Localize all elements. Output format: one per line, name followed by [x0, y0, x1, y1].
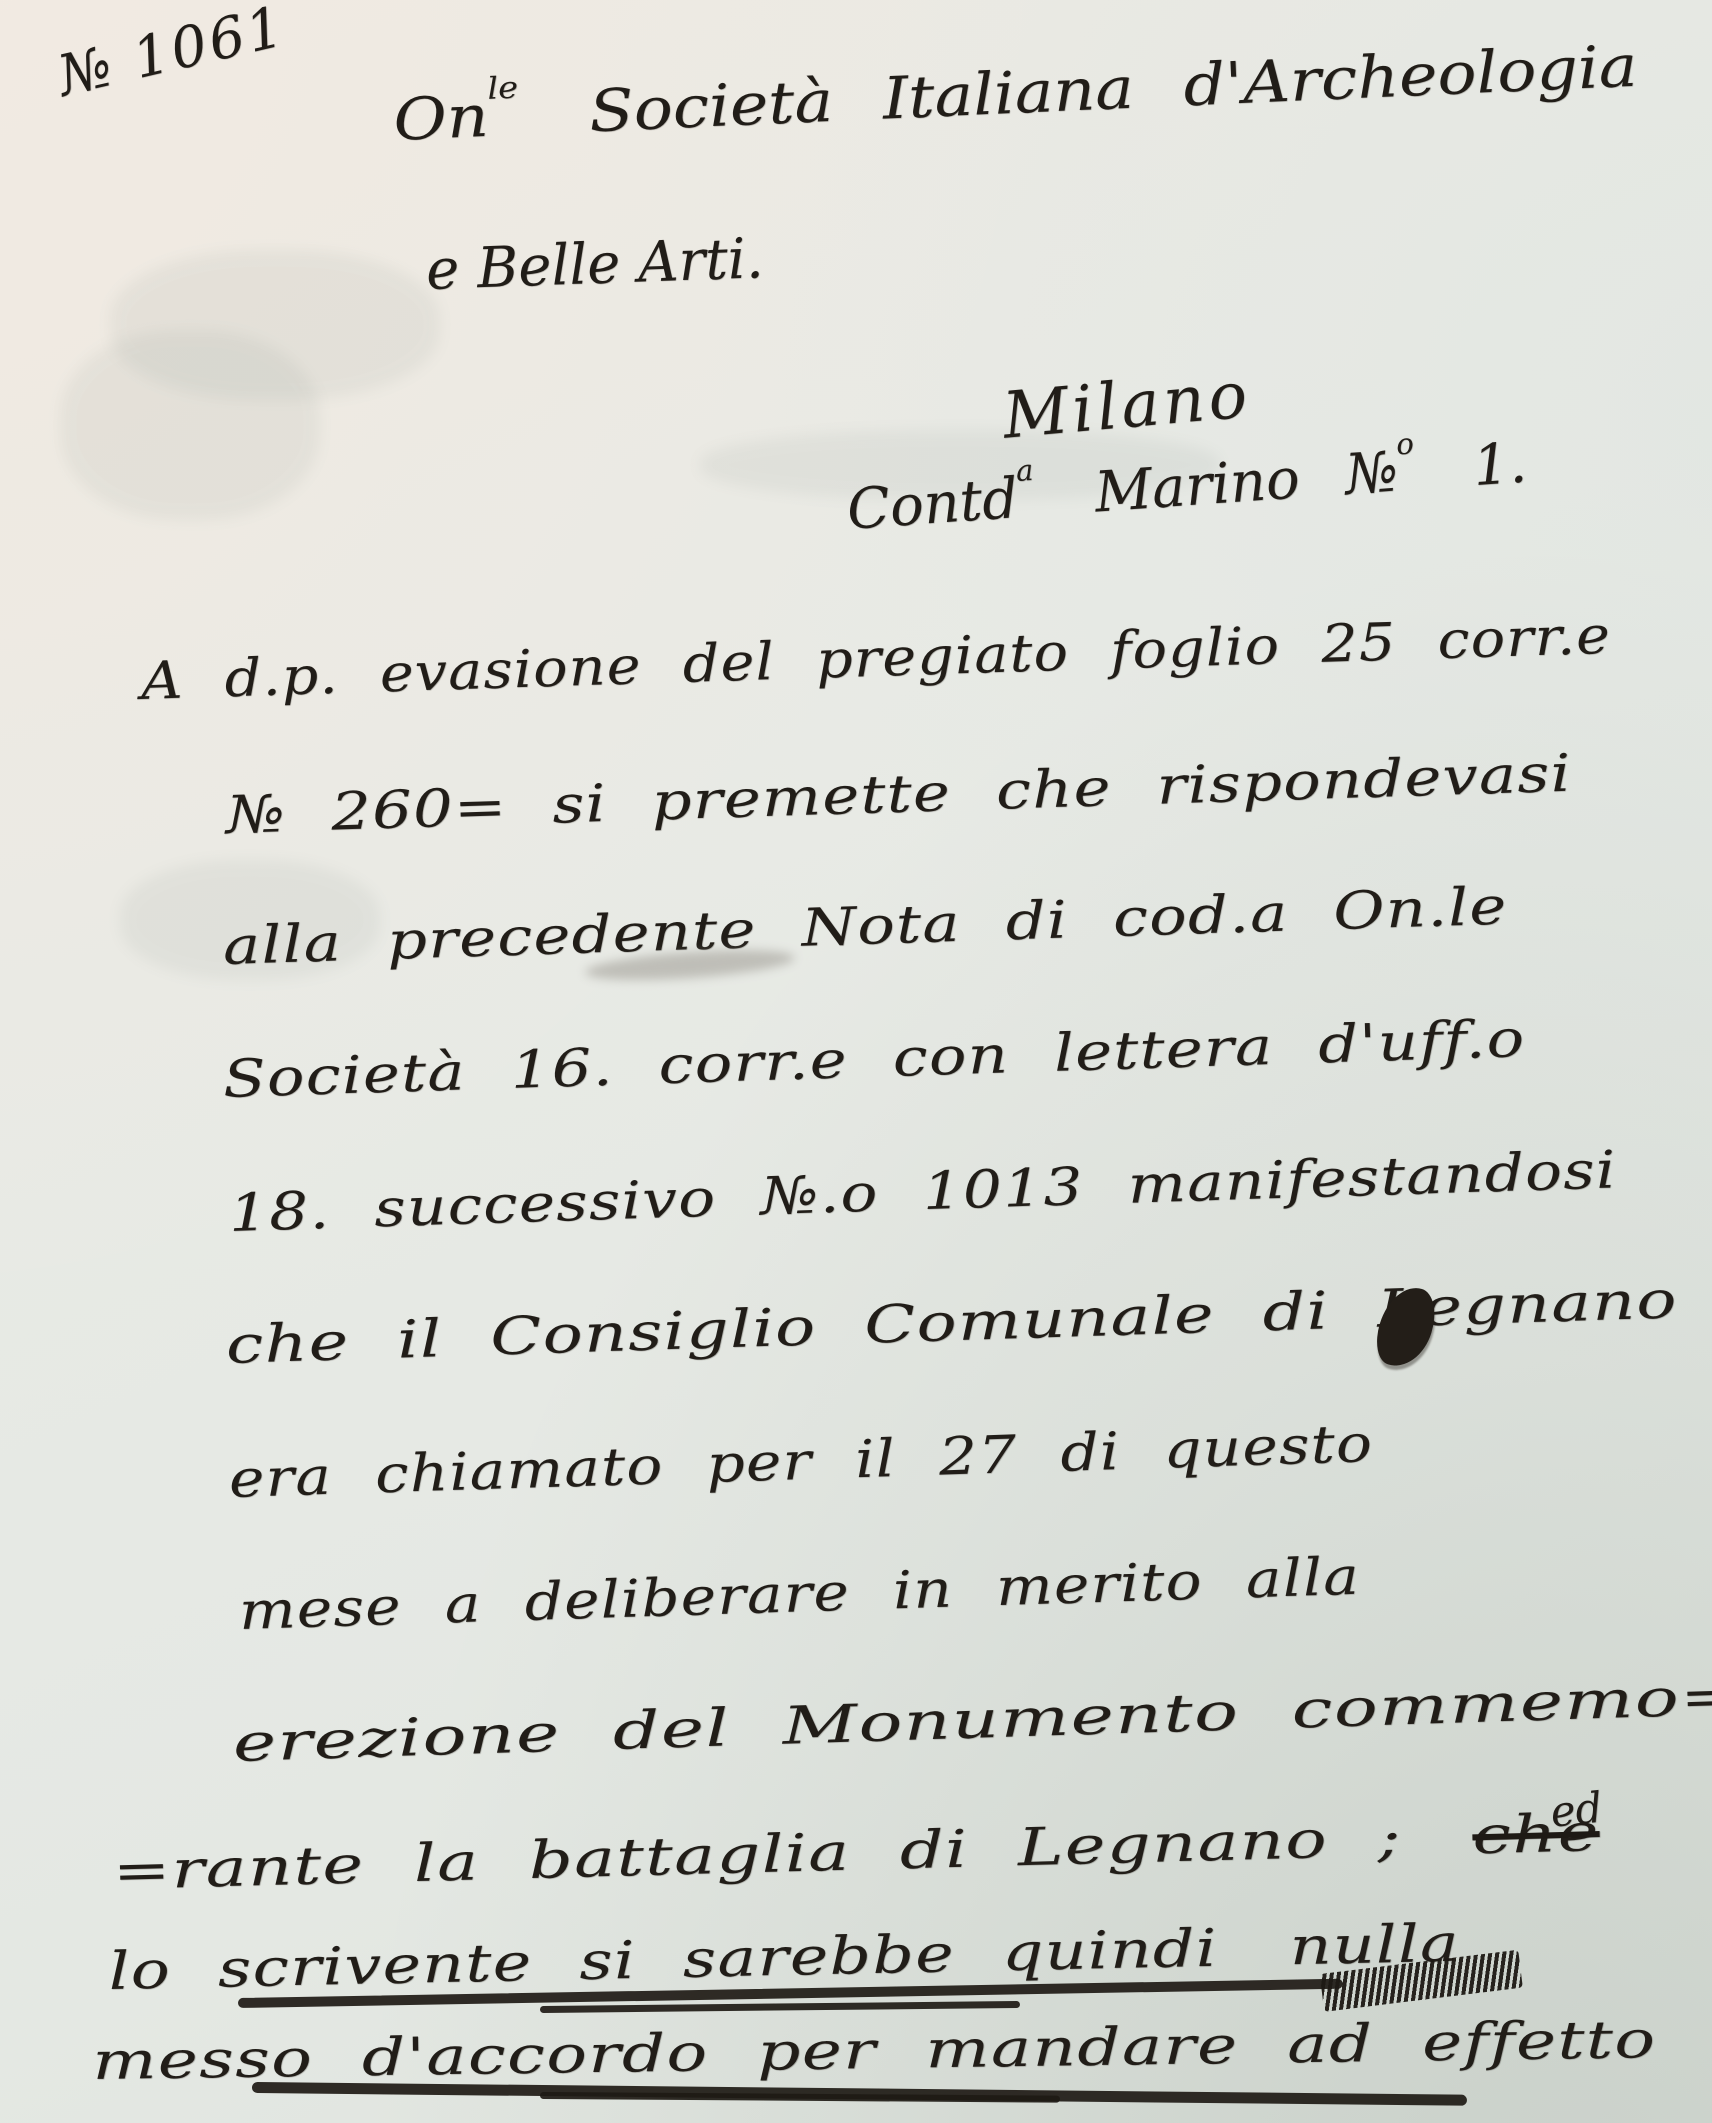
body-line-2: № 260= si premette che rispondevasi — [225, 744, 1573, 846]
strikethrough-line-a2 — [540, 2001, 1020, 2013]
registry-number: № 1061 — [52, 0, 292, 109]
inserted-word-ed: ed — [1548, 1783, 1605, 1837]
honorific-abbrev: On — [392, 82, 490, 154]
address-number: 1. — [1471, 431, 1529, 500]
body-line-10-text: =rante la battaglia di Legnano ; — [112, 1808, 1403, 1902]
recipient-line-2: e Belle Arti. — [425, 226, 764, 303]
struck-line-b: messo d'accordo per mandare ad effetto — [92, 2010, 1657, 2092]
place-line: Milano — [1000, 358, 1254, 453]
address-superscript-a: a — [1015, 453, 1035, 488]
manuscript-page: № 1061 Onle Società Italiana d'Archeolog… — [0, 0, 1712, 2123]
body-line-3: alla precedente Nota di cod.a On.le — [222, 877, 1508, 977]
recipient-line-1: Onle Società Italiana d'Archeologia — [392, 32, 1639, 154]
body-line-4: Società 16. corr.e con lettera d'uff.o — [222, 1009, 1526, 1110]
body-line-1: A d.p. evasione del pregiato foglio 25 c… — [140, 606, 1612, 712]
body-line-8: mese a deliberare in merito alla — [238, 1547, 1361, 1642]
body-line-5: 18. successivo №.o 1013 manifestandosi — [228, 1140, 1617, 1244]
body-line-9: erezione del Monumento commemo= — [232, 1667, 1712, 1774]
bleed-through-smudge — [60, 330, 320, 520]
recipient-name: Società Italiana d'Archeologia — [588, 32, 1639, 146]
body-line-6: che il Consiglio Comunale di Legnano — [225, 1270, 1679, 1376]
address-contrada: Contd — [845, 466, 1020, 543]
honorific-superscript: le — [487, 71, 519, 107]
address-superscript-o: o — [1395, 427, 1415, 462]
body-line-7: era chiamato per il 27 di questo — [228, 1414, 1374, 1510]
body-line-10: =rante la battaglia di Legnano ; che — [112, 1803, 1600, 1902]
